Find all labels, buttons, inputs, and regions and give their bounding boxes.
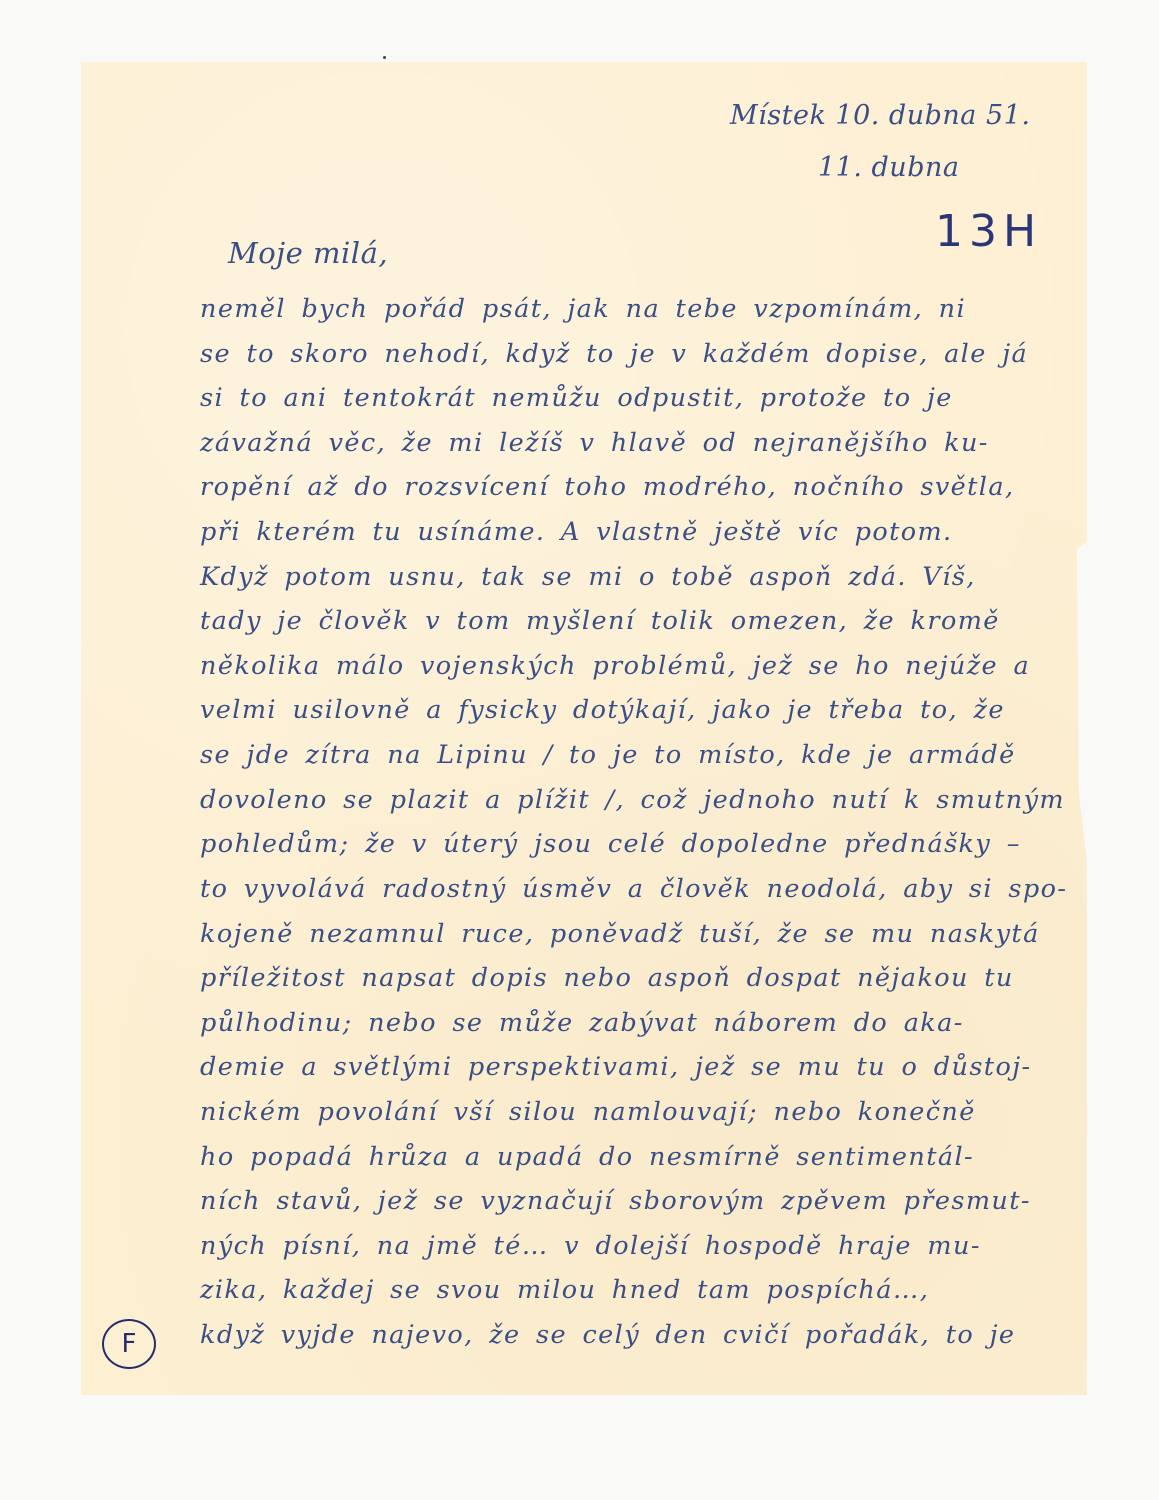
body-line: to vyvolává radostný úsměv a člověk neod… [200,874,1040,904]
body-line: při kterém tu usínáme. A vlastně ještě v… [200,517,1040,547]
body-line: ních stavů, jež se vyznačují sborovým zp… [200,1186,1040,1216]
circled-letter-annotation: F [102,1319,156,1369]
body-line: půlhodinu; nebo se může zabývat náborem … [200,1008,1040,1038]
body-line: neměl bych pořád psát, jak na tebe vzpom… [200,294,1040,324]
body-line: kojeně nezamnul ruce, poněvadž tuší, že … [200,919,1040,949]
body-line: Když potom usnu, tak se mi o tobě aspoň … [200,562,1040,592]
body-line: se to skoro nehodí, když to je v každém … [200,339,1040,369]
body-line: ropění až do rozsvícení toho modrého, no… [200,472,1040,502]
body-line: dovoleno se plazit a plížit /, což jedno… [200,785,1040,815]
body-line: tady je člověk v tom myšlení tolik omeze… [200,606,1040,636]
body-line: nickém povolání vší silou namlouvají; ne… [200,1097,1040,1127]
body-line: příležitost napsat dopis nebo aspoň dosp… [200,963,1040,993]
dust-speck [383,56,386,59]
body-line: velmi usilovně a fysicky dotýkají, jako … [200,695,1040,725]
second-date: 11. dubna [818,152,959,183]
body-line: se jde zítra na Lipinu / to je to místo,… [200,740,1040,770]
place-date: Místek 10. dubna 51. [730,100,1030,131]
salutation: Moje milá, [228,236,388,270]
body-line: si to ani tentokrát nemůžu odpustit, pro… [200,383,1040,413]
body-line: pohledům; že v úterý jsou celé dopoledne… [200,829,1040,859]
body-line: když vyjde najevo, že se celý den cvičí … [200,1320,1040,1350]
body-line: zika, každej se svou milou hned tam posp… [200,1275,1040,1305]
page-number: 13H [935,206,1042,257]
body-line: několika málo vojenských problémů, jež s… [200,651,1040,681]
body-line: ných písní, na jmě té… v dolejší hospodě… [200,1231,1040,1261]
body-line: závažná věc, že mi ležíš v hlavě od nejr… [200,428,1040,458]
circled-letter: F [122,1331,137,1357]
body-line: ho popadá hrůza a upadá do nesmírně sent… [200,1142,1040,1172]
body-line: demie a světlými perspektivami, jež se m… [200,1052,1040,1082]
